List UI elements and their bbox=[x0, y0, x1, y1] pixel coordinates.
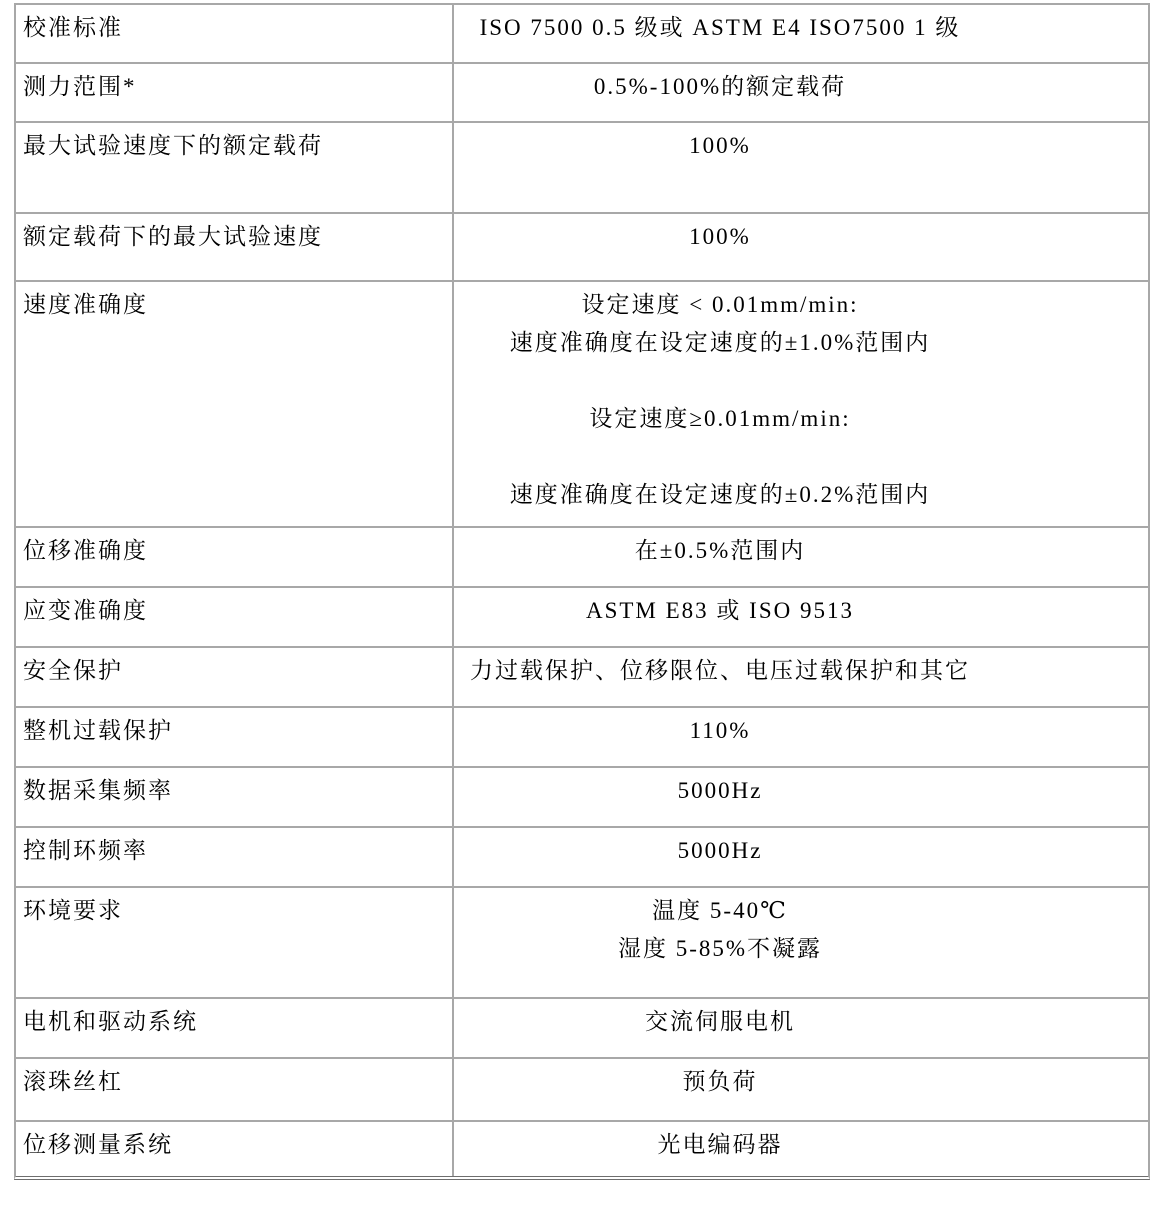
spec-value: ISO 7500 0.5 级或 ASTM E4 ISO7500 1 级 bbox=[454, 5, 1148, 62]
spec-label: 滚珠丝杠 bbox=[16, 1059, 454, 1120]
spec-value: 温度 5-40℃ 湿度 5-85%不凝露 bbox=[454, 888, 1148, 997]
spec-value-line bbox=[462, 438, 978, 476]
table-row: 最大试验速度下的额定载荷 100% bbox=[16, 123, 1148, 214]
spec-label: 额定载荷下的最大试验速度 bbox=[16, 214, 454, 280]
table-row: 环境要求 温度 5-40℃ 湿度 5-85%不凝露 bbox=[16, 888, 1148, 999]
table-row: 安全保护 力过载保护、位移限位、电压过载保护和其它 bbox=[16, 648, 1148, 708]
spec-label: 最大试验速度下的额定载荷 bbox=[16, 123, 454, 212]
spec-value-line: 湿度 5-85%不凝露 bbox=[462, 930, 978, 968]
spec-value-line bbox=[462, 362, 978, 400]
spec-value-line: 速度准确度在设定速度的±0.2%范围内 bbox=[462, 476, 978, 514]
spec-value: 设定速度 < 0.01mm/min: 速度准确度在设定速度的±1.0%范围内 设… bbox=[454, 282, 1148, 526]
spec-table: 校准标准 ISO 7500 0.5 级或 ASTM E4 ISO7500 1 级… bbox=[14, 3, 1150, 1180]
spec-label: 测力范围* bbox=[16, 64, 454, 121]
spec-label: 位移准确度 bbox=[16, 528, 454, 586]
table-row: 额定载荷下的最大试验速度 100% bbox=[16, 214, 1148, 282]
spec-value: ASTM E83 或 ISO 9513 bbox=[454, 588, 1148, 646]
spec-value: 5000Hz bbox=[454, 828, 1148, 886]
spec-value-line: 温度 5-40℃ bbox=[462, 892, 978, 930]
spec-label: 速度准确度 bbox=[16, 282, 454, 526]
spec-value: 110% bbox=[454, 708, 1148, 766]
spec-value: 交流伺服电机 bbox=[454, 999, 1148, 1057]
spec-label: 数据采集频率 bbox=[16, 768, 454, 826]
table-row: 校准标准 ISO 7500 0.5 级或 ASTM E4 ISO7500 1 级 bbox=[16, 5, 1148, 64]
table-row: 数据采集频率 5000Hz bbox=[16, 768, 1148, 828]
table-row: 位移准确度 在±0.5%范围内 bbox=[16, 528, 1148, 588]
spec-label: 安全保护 bbox=[16, 648, 454, 706]
spec-label: 应变准确度 bbox=[16, 588, 454, 646]
spec-label: 位移测量系统 bbox=[16, 1122, 454, 1176]
spec-label: 环境要求 bbox=[16, 888, 454, 997]
table-row: 控制环频率 5000Hz bbox=[16, 828, 1148, 888]
spec-value: 在±0.5%范围内 bbox=[454, 528, 1148, 586]
spec-value: 5000Hz bbox=[454, 768, 1148, 826]
spec-label: 电机和驱动系统 bbox=[16, 999, 454, 1057]
spec-value: 100% bbox=[454, 214, 1148, 280]
table-row: 位移测量系统 光电编码器 bbox=[16, 1122, 1148, 1176]
spec-value: 力过载保护、位移限位、电压过载保护和其它 bbox=[454, 648, 1148, 706]
spec-value: 光电编码器 bbox=[454, 1122, 1148, 1176]
table-row: 速度准确度 设定速度 < 0.01mm/min: 速度准确度在设定速度的±1.0… bbox=[16, 282, 1148, 528]
spec-value: 0.5%-100%的额定载荷 bbox=[454, 64, 1148, 121]
spec-value-line: 设定速度≥0.01mm/min: bbox=[462, 400, 978, 438]
table-row: 滚珠丝杠 预负荷 bbox=[16, 1059, 1148, 1122]
table-row: 测力范围* 0.5%-100%的额定载荷 bbox=[16, 64, 1148, 123]
page: 校准标准 ISO 7500 0.5 级或 ASTM E4 ISO7500 1 级… bbox=[0, 0, 1167, 1217]
table-row: 整机过载保护 110% bbox=[16, 708, 1148, 768]
spec-label: 校准标准 bbox=[16, 5, 454, 62]
spec-value: 100% bbox=[454, 123, 1148, 212]
table-row: 电机和驱动系统 交流伺服电机 bbox=[16, 999, 1148, 1059]
spec-label: 控制环频率 bbox=[16, 828, 454, 886]
spec-value: 预负荷 bbox=[454, 1059, 1148, 1120]
spec-value-line: 设定速度 < 0.01mm/min: bbox=[462, 286, 978, 324]
spec-label: 整机过载保护 bbox=[16, 708, 454, 766]
table-row: 应变准确度 ASTM E83 或 ISO 9513 bbox=[16, 588, 1148, 648]
spec-value-line: 速度准确度在设定速度的±1.0%范围内 bbox=[462, 324, 978, 362]
